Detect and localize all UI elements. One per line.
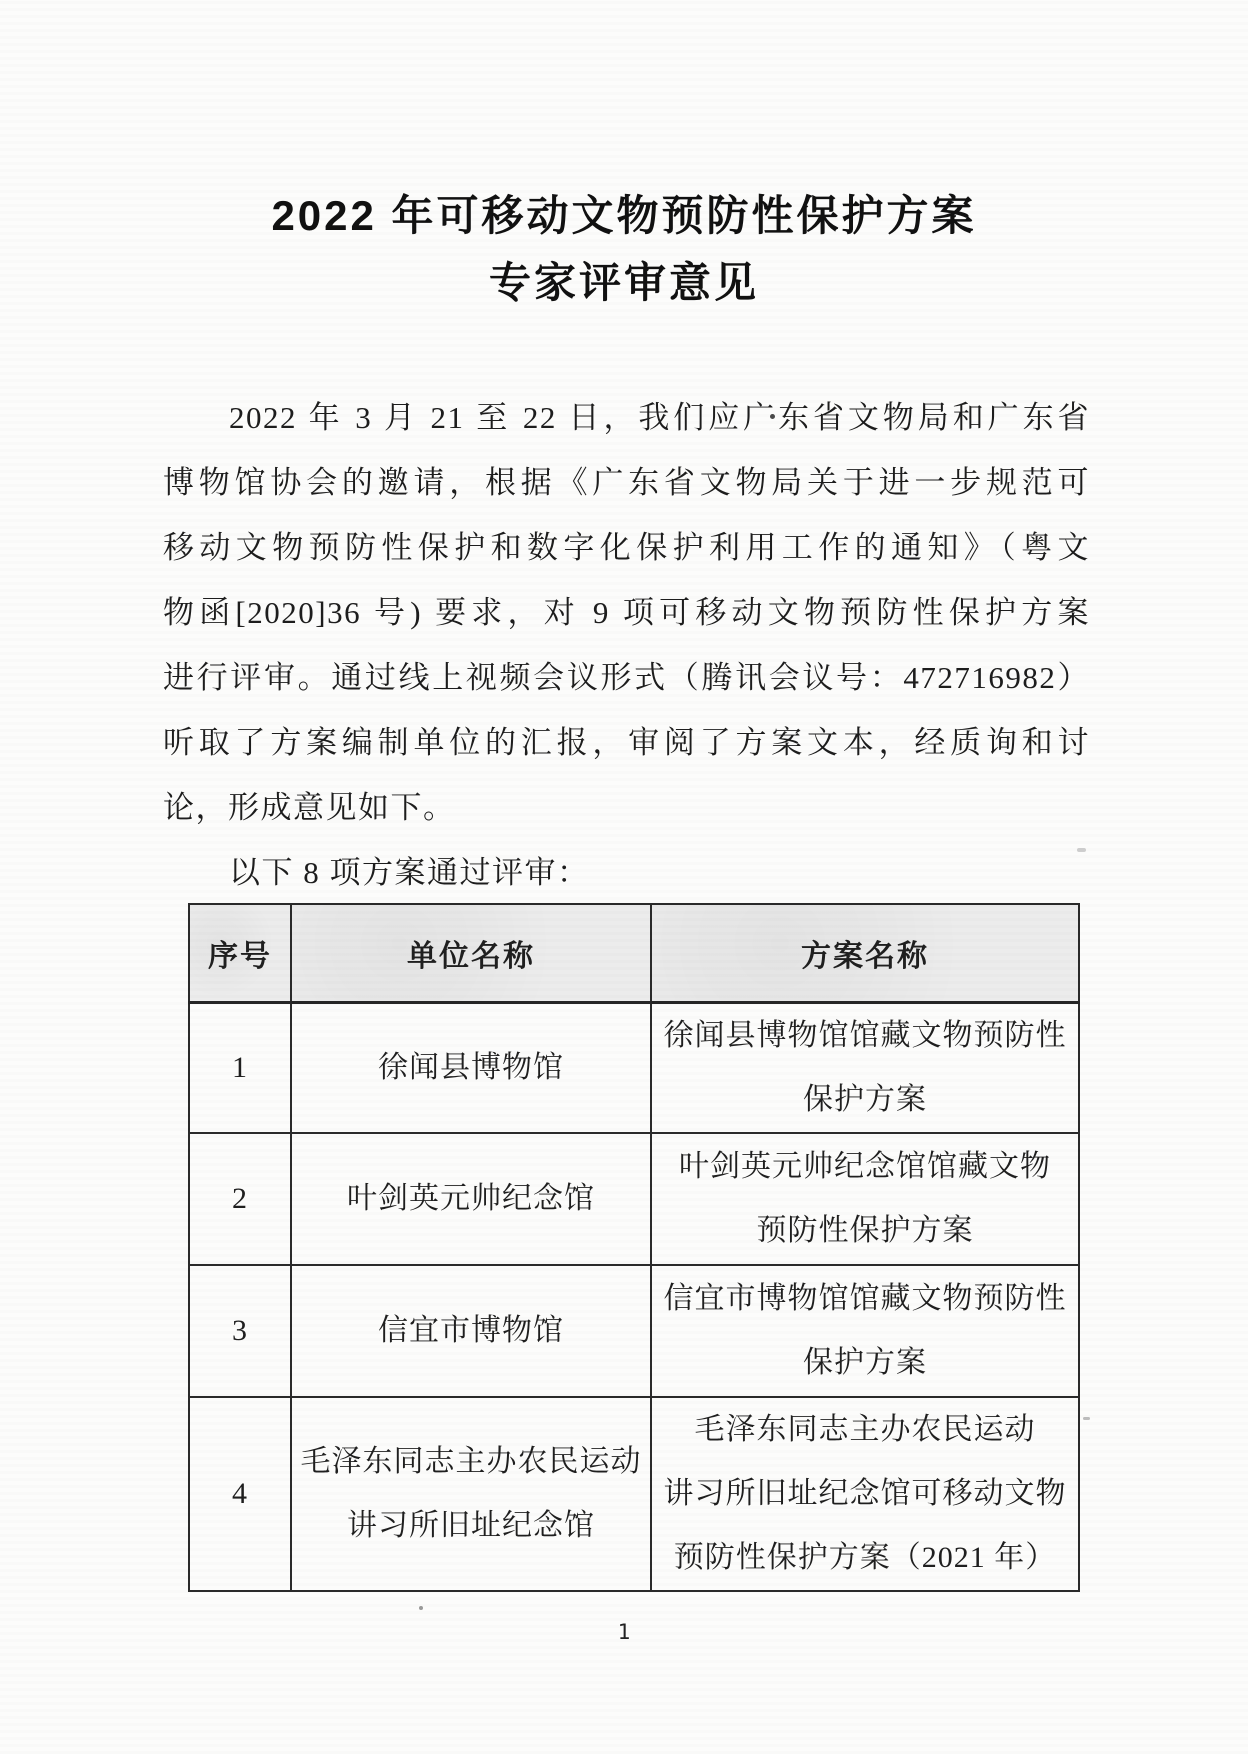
cell-line: 保护方案 <box>652 1068 1078 1132</box>
cell-index: 4 <box>189 1397 291 1591</box>
table-row: 2叶剑英元帅纪念馆叶剑英元帅纪念馆馆藏文物预防性保护方案 <box>189 1133 1079 1265</box>
cell-unit-name: 徐闻县博物馆 <box>291 1002 651 1133</box>
scanned-document-page: 2022 年可移动文物预防性保护方案 专家评审意见 2022 年 3 月 21 … <box>0 0 1248 1754</box>
table-header-row: 序号 单位名称 方案名称 <box>189 904 1079 1002</box>
table-lead-in: 以下 8 项方案通过评审： <box>163 840 1090 905</box>
scan-speckle <box>419 1606 423 1610</box>
cell-line: 信宜市博物馆 <box>292 1299 650 1363</box>
cell-line: 4 <box>190 1462 290 1526</box>
cell-index: 1 <box>189 1002 291 1133</box>
body-line: 移动文物预防性保护和数字化保护利用工作的通知》（粤文 <box>163 515 1090 580</box>
body-line: 进行评审。通过线上视频会议形式（腾讯会议号：472716982） <box>163 645 1090 710</box>
body-line: 物函[2020]36 号) 要求，对 9 项可移动文物预防性保护方案 <box>163 580 1090 645</box>
table-row: 3信宜市博物馆信宜市博物馆馆藏文物预防性保护方案 <box>189 1265 1079 1397</box>
cell-index: 3 <box>189 1265 291 1397</box>
page-number: 1 <box>0 1620 1248 1644</box>
cell-line: 徐闻县博物馆 <box>292 1036 650 1100</box>
cell-line: 叶剑英元帅纪念馆 <box>292 1167 650 1231</box>
col-header-index: 序号 <box>189 904 291 1002</box>
body-line: 2022 年 3 月 21 至 22 日，我们应广东省文物局和广东省 <box>163 385 1090 450</box>
cell-plan-name: 叶剑英元帅纪念馆馆藏文物预防性保护方案 <box>651 1133 1079 1265</box>
col-header-plan-name: 方案名称 <box>651 904 1079 1002</box>
cell-line: 预防性保护方案 <box>652 1199 1078 1263</box>
body-paragraph: 2022 年 3 月 21 至 22 日，我们应广东省文物局和广东省博物馆协会的… <box>163 385 1090 840</box>
cell-line: 徐闻县博物馆馆藏文物预防性 <box>652 1004 1078 1068</box>
cell-line: 2 <box>190 1167 290 1231</box>
cell-line: 叶剑英元帅纪念馆馆藏文物 <box>652 1135 1078 1199</box>
cell-unit-name: 毛泽东同志主办农民运动讲习所旧址纪念馆 <box>291 1397 651 1591</box>
cell-unit-name: 叶剑英元帅纪念馆 <box>291 1133 651 1265</box>
cell-line: 保护方案 <box>652 1331 1078 1395</box>
document-title-line1: 2022 年可移动文物预防性保护方案 <box>0 190 1248 242</box>
cell-plan-name: 毛泽东同志主办农民运动讲习所旧址纪念馆可移动文物预防性保护方案（2021 年） <box>651 1397 1079 1591</box>
document-title-line2: 专家评审意见 <box>0 257 1248 309</box>
body-line: 论，形成意见如下。 <box>163 775 1090 840</box>
body-line: 听取了方案编制单位的汇报，审阅了方案文本，经质询和讨 <box>163 710 1090 775</box>
cell-plan-name: 信宜市博物馆馆藏文物预防性保护方案 <box>651 1265 1079 1397</box>
cell-line: 3 <box>190 1299 290 1363</box>
table-row: 1徐闻县博物馆徐闻县博物馆馆藏文物预防性保护方案 <box>189 1002 1079 1133</box>
cell-unit-name: 信宜市博物馆 <box>291 1265 651 1397</box>
cell-line: 1 <box>190 1036 290 1100</box>
scan-speckle <box>1083 1417 1090 1420</box>
cell-line: 讲习所旧址纪念馆 <box>292 1494 650 1558</box>
cell-line: 毛泽东同志主办农民运动 <box>652 1398 1078 1462</box>
cell-line: 预防性保护方案（2021 年） <box>652 1526 1078 1590</box>
col-header-unit-name: 单位名称 <box>291 904 651 1002</box>
table-row: 4毛泽东同志主办农民运动讲习所旧址纪念馆毛泽东同志主办农民运动讲习所旧址纪念馆可… <box>189 1397 1079 1591</box>
cell-line: 讲习所旧址纪念馆可移动文物 <box>652 1462 1078 1526</box>
body-line: 博物馆协会的邀请，根据《广东省文物局关于进一步规范可 <box>163 450 1090 515</box>
cell-line: 信宜市博物馆馆藏文物预防性 <box>652 1267 1078 1331</box>
cell-plan-name: 徐闻县博物馆馆藏文物预防性保护方案 <box>651 1002 1079 1133</box>
approved-plans-table: 序号 单位名称 方案名称 1徐闻县博物馆徐闻县博物馆馆藏文物预防性保护方案2叶剑… <box>188 903 1080 1592</box>
cell-index: 2 <box>189 1133 291 1265</box>
cell-line: 毛泽东同志主办农民运动 <box>292 1430 650 1494</box>
